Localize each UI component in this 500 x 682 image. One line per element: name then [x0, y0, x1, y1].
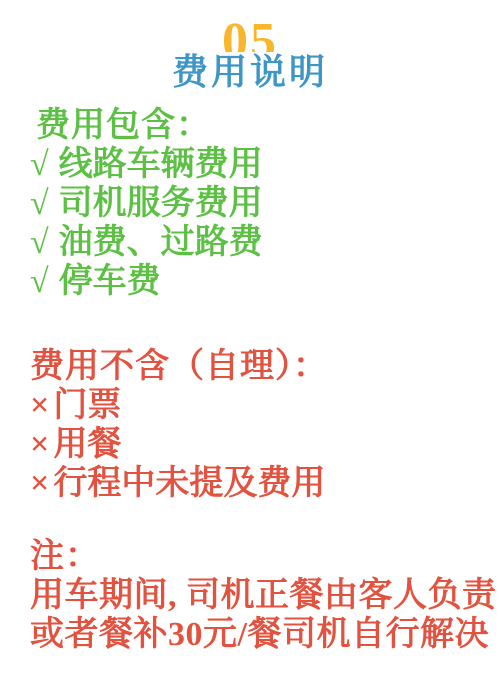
page-title: 费用说明 [0, 52, 500, 92]
cross-mark-icon: × [30, 386, 49, 425]
list-item-label: 停车费 [59, 263, 161, 300]
list-item: ×用餐 [30, 425, 500, 464]
cross-mark-icon: × [30, 425, 49, 464]
list-item-label: 行程中未提及费用 [53, 465, 325, 502]
note-line: 或者餐补30元/餐司机自行解决 [30, 615, 500, 654]
fees-included-list: √线路车辆费用 √司机服务费用 √油费、过路费 √停车费 [30, 145, 500, 301]
fees-excluded-heading: 费用不含（自理）： [30, 347, 500, 386]
note-line: 用车期间, 司机正餐由客人负责 [30, 576, 500, 615]
fees-excluded-list: ×门票 ×用餐 ×行程中未提及费用 [30, 386, 500, 503]
list-item: ×门票 [30, 386, 500, 425]
list-item: √司机服务费用 [30, 184, 500, 223]
check-mark-icon: √ [30, 262, 49, 301]
check-mark-icon: √ [30, 145, 49, 184]
check-mark-icon: √ [30, 223, 49, 262]
cross-mark-icon: × [30, 464, 49, 503]
fees-included-section: 费用包含： √线路车辆费用 √司机服务费用 √油费、过路费 √停车费 [0, 106, 500, 301]
fee-notice-page: 05 费用说明 费用包含： √线路车辆费用 √司机服务费用 √油费、过路费 √停… [0, 0, 500, 682]
list-item: √油费、过路费 [30, 223, 500, 262]
list-item: ×行程中未提及费用 [30, 464, 500, 503]
section-number: 05 [0, 16, 500, 52]
list-item: √线路车辆费用 [30, 145, 500, 184]
fees-included-heading: 费用包含： [36, 106, 500, 145]
list-item-label: 线路车辆费用 [59, 146, 263, 183]
section-number-badge: 05 [0, 16, 500, 52]
fees-excluded-section: 费用不含（自理）： ×门票 ×用餐 ×行程中未提及费用 [0, 347, 500, 503]
list-item: √停车费 [30, 262, 500, 301]
list-item-label: 门票 [53, 387, 121, 424]
check-mark-icon: √ [30, 184, 49, 223]
page-header: 05 费用说明 [0, 0, 500, 92]
note-heading: 注： [30, 537, 500, 576]
list-item-label: 司机服务费用 [59, 185, 263, 222]
list-item-label: 用餐 [53, 426, 121, 463]
note-section: 注： 用车期间, 司机正餐由客人负责 或者餐补30元/餐司机自行解决 [0, 537, 500, 654]
list-item-label: 油费、过路费 [59, 224, 263, 261]
